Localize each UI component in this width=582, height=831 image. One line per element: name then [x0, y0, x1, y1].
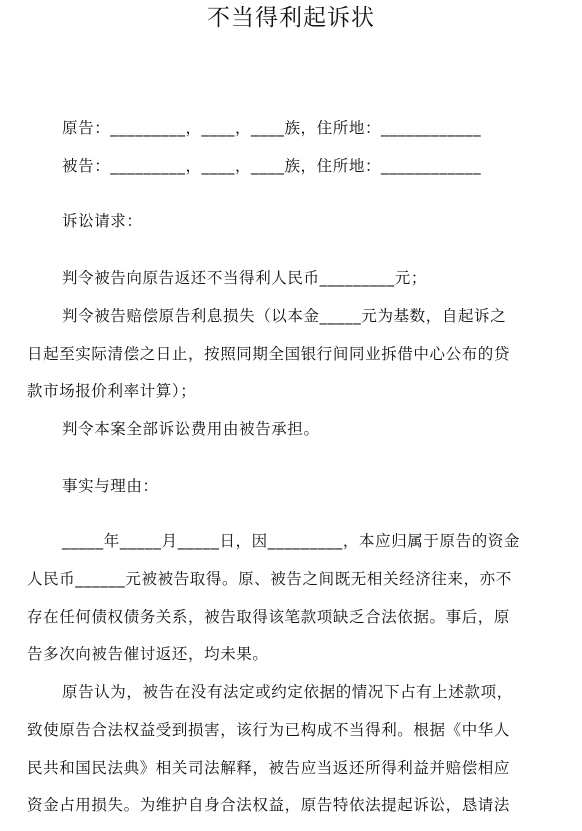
facts-paragraph-1-line-4: 告多次向被告催讨返还，均未果。 — [27, 644, 547, 664]
facts-paragraph-2-line-2: 致使原告合法权益受到损害，该行为已构成不当得利。根据《中华人 — [27, 720, 547, 740]
facts-paragraph-2-line-1: 原告认为，被告在没有法定或约定依据的情况下占有上述款项， — [62, 682, 552, 702]
plaintiff-line: 原告：_________，____，____族，住所地：____________ — [62, 118, 552, 138]
facts-paragraph-1-line-1: _____年_____月_____日，因_________，本应归属于原告的资金 — [62, 531, 552, 551]
claim-2-line-3: 款市场报价利率计算）； — [27, 381, 547, 401]
facts-paragraph-1-line-2: 人民币______元被被告取得。原、被告之间既无相关经济往来，亦不 — [27, 569, 547, 589]
claim-2-line-2: 日起至实际清偿之日止，按照同期全国银行间同业拆借中心公布的贷 — [27, 344, 547, 364]
claim-3-line-1: 判令本案全部诉讼费用由被告承担。 — [62, 419, 552, 439]
facts-paragraph-2-line-3: 民共和国民法典》相关司法解释，被告应当返还所得利益并赔偿相应 — [27, 758, 547, 778]
claims-heading: 诉讼请求： — [62, 211, 552, 231]
facts-paragraph-2-line-4: 资金占用损失。为维护自身合法权益，原告特依法提起诉讼，恳请法 — [27, 795, 547, 815]
claim-2-line-1: 判令被告赔偿原告利息损失（以本金_____元为基数，自起诉之 — [62, 306, 552, 326]
claim-1-line-1: 判令被告向原告返还不当得利人民币_________元； — [62, 268, 552, 288]
facts-heading: 事实与理由： — [62, 476, 552, 496]
document-title: 不当得利起诉状 — [0, 2, 582, 34]
facts-paragraph-1-line-3: 存在任何债权债务关系，被告取得该笔款项缺乏合法依据。事后，原 — [27, 607, 547, 627]
defendant-line: 被告：_________，____，____族，住所地：____________ — [62, 156, 552, 176]
